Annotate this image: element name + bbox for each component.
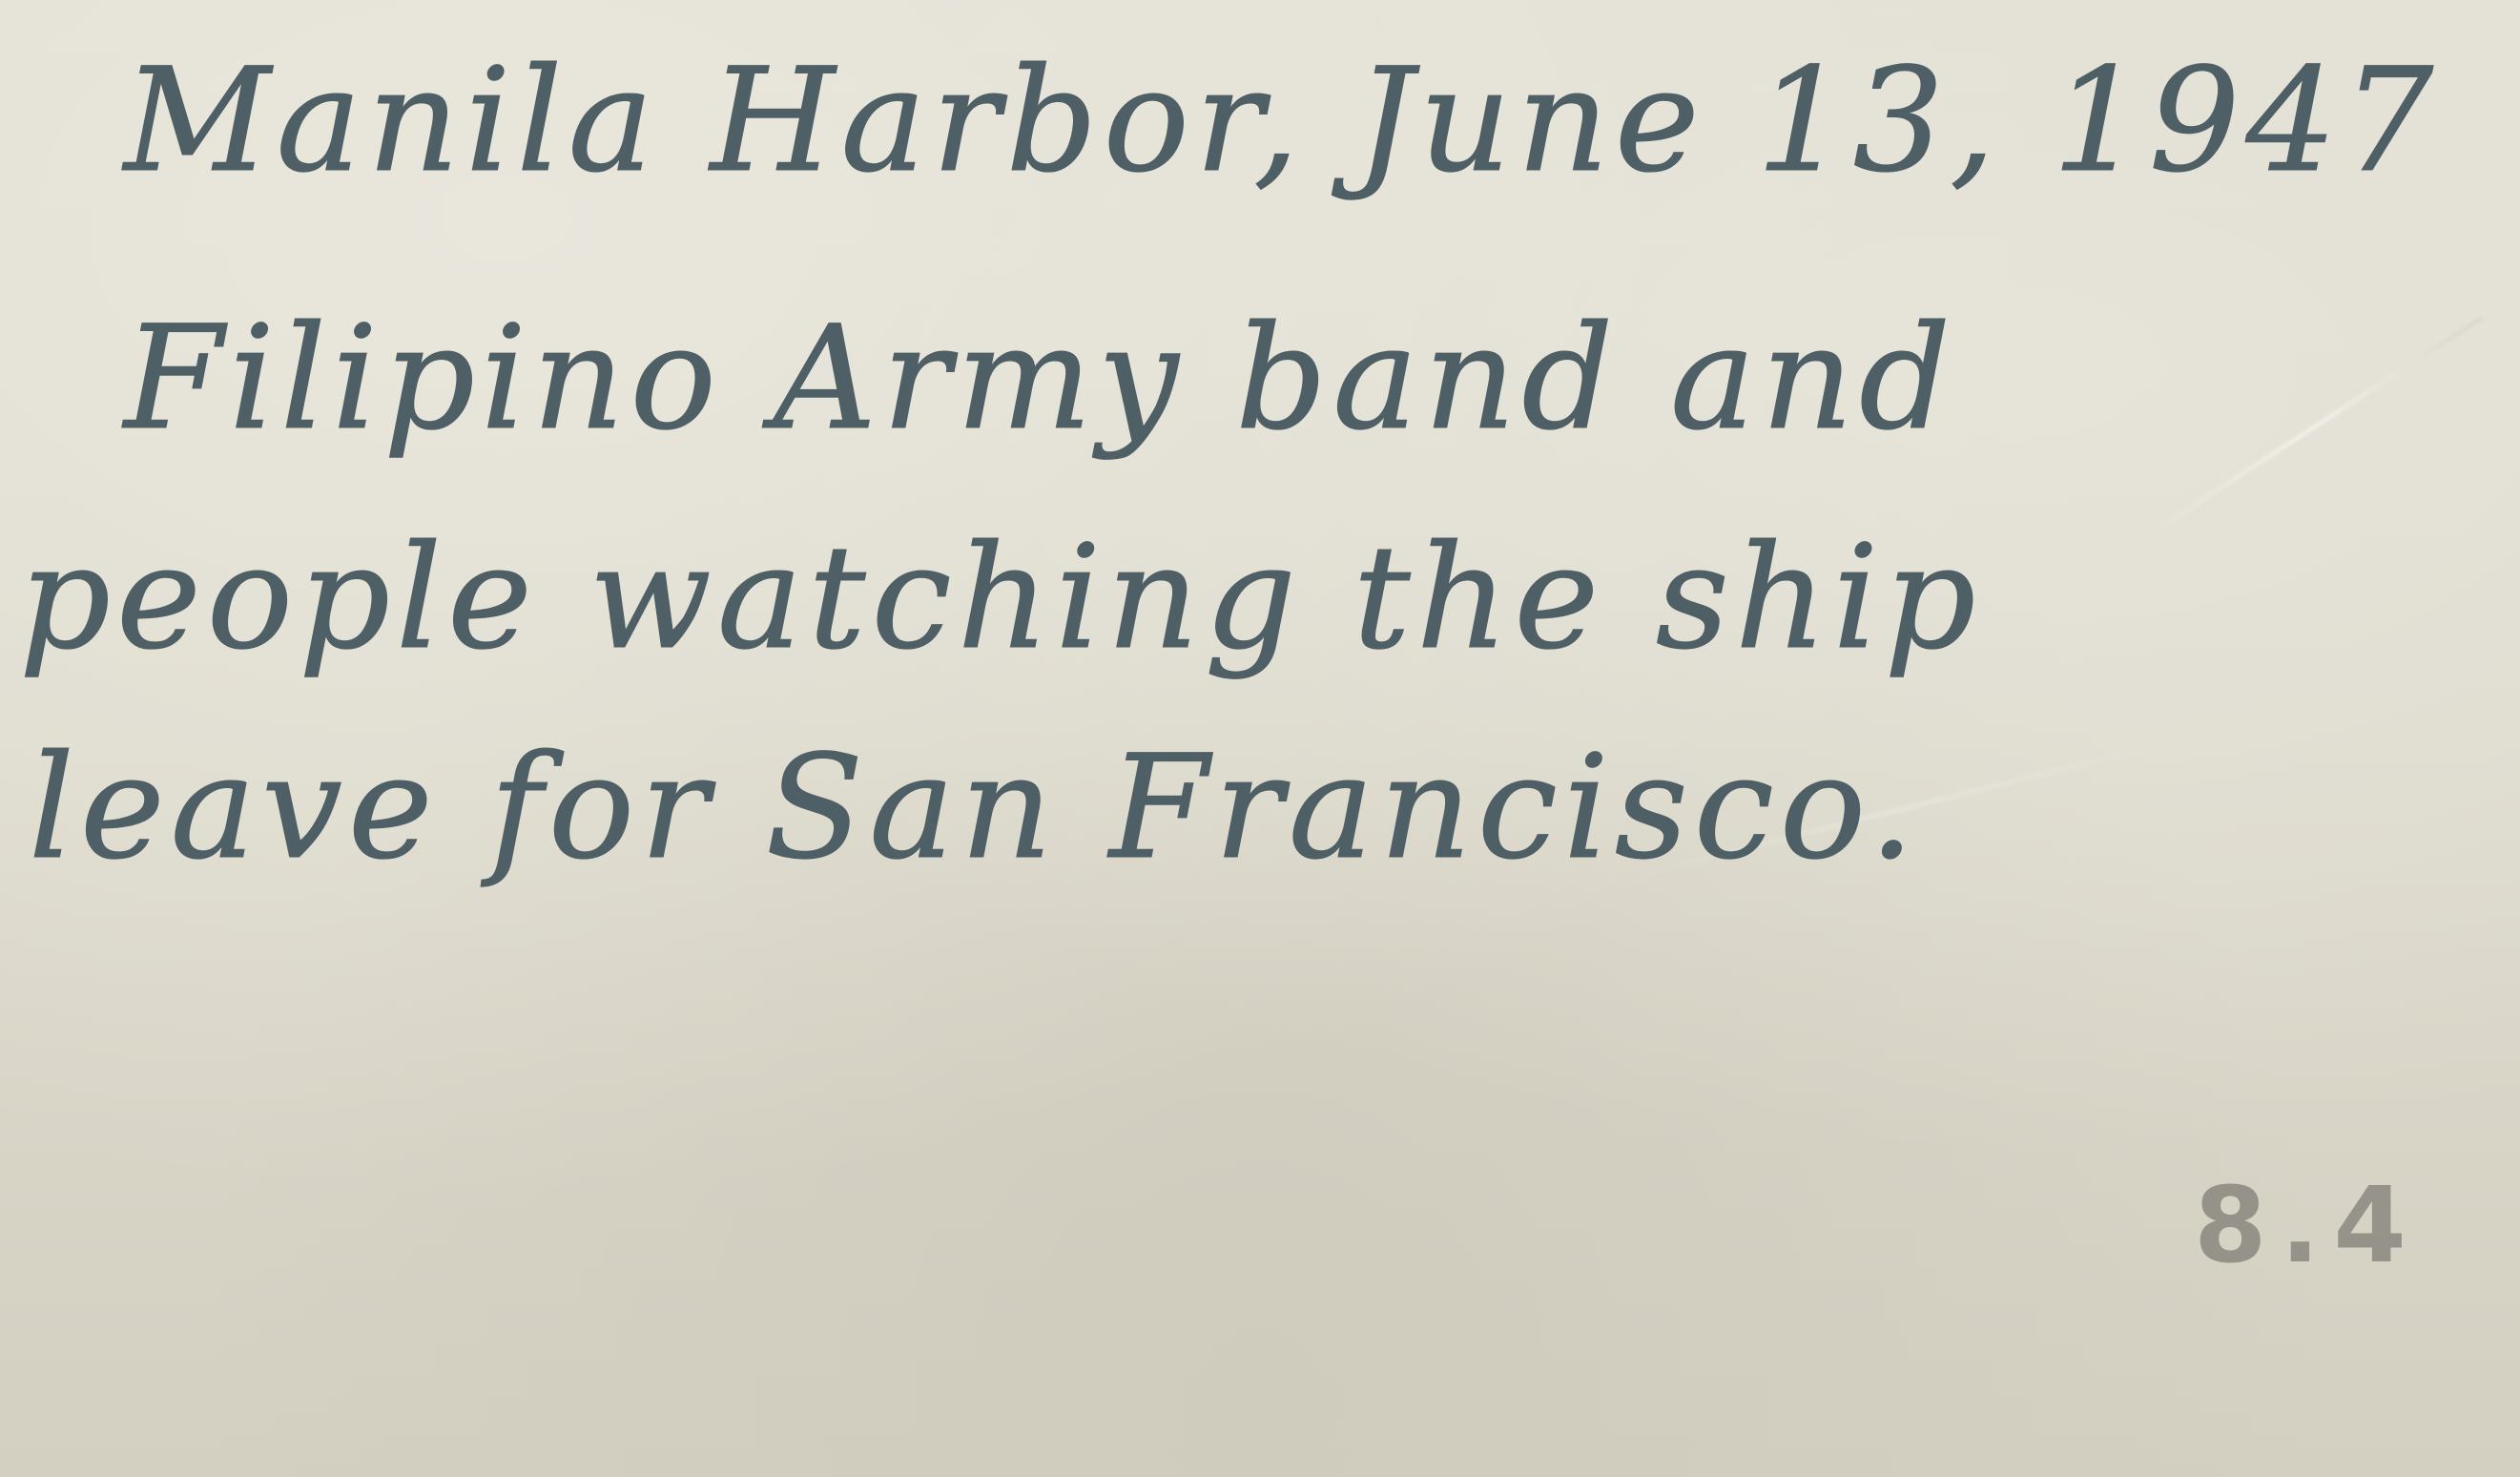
photo-card-back: Manila Harbor, June 13, 1947 Filipino Ar… [0,0,2520,1477]
paper-crease [2145,317,2483,538]
inscription-line-3: people watching the ship [19,515,1981,681]
inscription-line-2: Filipino Army band and [124,296,1956,462]
inscription-line-4: leave for San Francisco. [29,725,1920,891]
inscription-line-1: Manila Harbor, June 13, 1947 [124,38,2439,204]
stamped-number: 8.4 [2194,1164,2420,1286]
